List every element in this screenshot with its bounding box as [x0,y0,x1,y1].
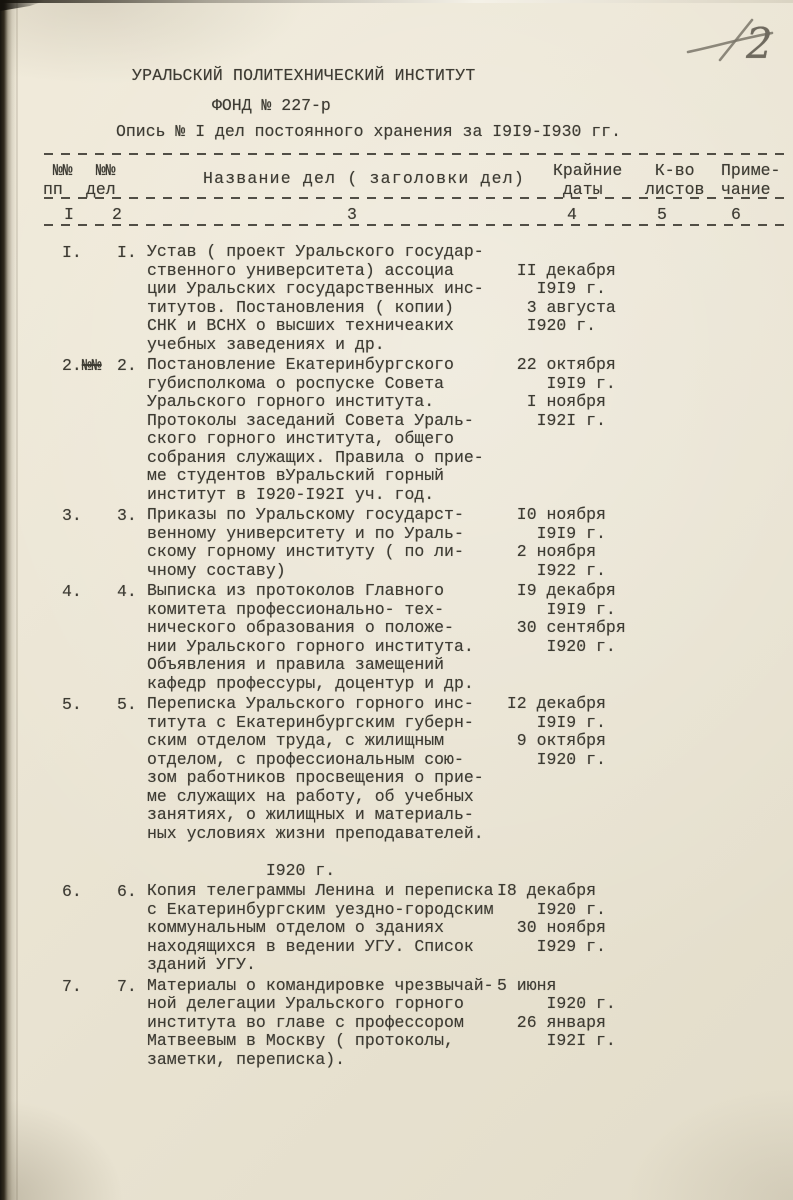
entry-num-del: 6. [117,882,137,901]
table-row: I.I.Устав ( проект Уральского государ-ст… [62,243,793,354]
entry-line: учебных заведениях и др. [147,336,793,355]
entry-date: I9I9 г. [497,601,616,620]
entry-text: ных условиях жизни преподавателей. [147,825,497,844]
entry-line: находящихся в ведении УГУ. Список I929 г… [147,938,793,957]
entry-text: Объявления и правила замещений [147,656,497,675]
entry-text: нии Уральского горного института. [147,638,497,657]
entry-line: нии Уральского горного института. I920 г… [147,638,793,657]
opis-title: Опись № I дел постоянного хранения за I9… [116,122,621,141]
scan-top-edge [0,0,793,3]
entry-text: Уральского горного института. [147,393,497,412]
table-row: 5.5.Переписка Уральского горного инс- I2… [62,695,793,880]
entry-text: ной делегации Уральского горного [147,995,497,1014]
entry-date: I929 г. [497,938,606,957]
entry-date: 3 августа [497,299,616,318]
paper-crease [16,0,18,1200]
entry-text: Протоколы заседаний Совета Ураль- [147,412,497,431]
entry-text: зом работников просвещения о прие- [147,769,497,788]
entry-num-del: I. [117,243,137,262]
column-number: 6 [731,205,741,224]
entry-date: I9I9 г. [497,280,606,299]
entry-text: Матвеевым в Москву ( протоколы, [147,1032,497,1051]
entry-text: губисполкома о роспуске Совета [147,375,497,394]
entry-lines: Выписка из протоколов Главного I9 декабр… [147,582,793,693]
dashed-rule-bottom [44,224,790,226]
table-row: 3.3.Приказы по Уральскому государст- I0 … [62,506,793,580]
page-number-text: 2 [745,19,773,68]
entry-text: ме служащих на работу, об учебных [147,788,497,807]
document-page: 2 УРАЛЬСКИЙ ПОЛИТЕХНИЧЕСКИЙ ИНСТИТУТ ФОН… [0,0,793,1200]
entry-lines: Материалы о командировке чрезвычай-5 июн… [147,977,793,1070]
entry-line: Материалы о командировке чрезвычай-5 июн… [147,977,793,996]
entry-line: Копия телеграммы Ленина и перепискаI8 де… [147,882,793,901]
entry-lines: Копия телеграммы Ленина и перепискаI8 де… [147,882,793,975]
column-number: 3 [347,205,357,224]
entry-num-del: 4. [117,582,137,601]
entry-text: ме студентов вУральский горный [147,467,497,486]
entry-date: I8 декабря [497,882,596,901]
entry-line: ме студентов вУральский горный [147,467,793,486]
entry-line: ственного университета) ассоциа II декаб… [147,262,793,281]
entry-date: 2 ноября [497,543,596,562]
entry-date: I920 г. [497,638,616,657]
entry-line: отделом, с профессиональным сою- I920 г. [147,751,793,770]
entry-line: венному университету и по Ураль- I9I9 г. [147,525,793,544]
entry-line: СНК и ВСНХ о высших техничеаких I920 г. [147,317,793,336]
column-number: 5 [657,205,667,224]
entry-line: нического образования о положе- 30 сентя… [147,619,793,638]
entry-num-pp: 7. [62,977,82,996]
entry-date: I920 г. [497,995,616,1014]
column-header-num-pp: №№ пп [43,161,73,199]
entry-line: заметки, переписка). [147,1051,793,1070]
entry-text: институт в I920-I92I уч. год. [147,486,497,505]
entry-text: находящихся в ведении УГУ. Список [147,938,497,957]
dashed-rule-top [44,153,790,155]
entry-line: Матвеевым в Москву ( протоколы, I92I г. [147,1032,793,1051]
entry-text: ции Уральских государственных инс- [147,280,497,299]
entry-text: Постановление Екатеринбургского [147,356,497,375]
entry-num-pp: 3. [62,506,82,525]
entry-line: Протоколы заседаний Совета Ураль- I92I г… [147,412,793,431]
entry-line: титута с Екатеринбургским губерн- I9I9 г… [147,714,793,733]
entry-text: института во главе с профессором [147,1014,497,1033]
entry-line: скому горному институту ( по ли- 2 ноябр… [147,543,793,562]
column-number: 4 [567,205,577,224]
entry-date: I9I9 г. [497,714,606,733]
entry-line: кафедр профессуры, доцентур и др. [147,675,793,694]
entry-text: СНК и ВСНХ о высших техничеаких [147,317,497,336]
table-row: 6.6.Копия телеграммы Ленина и перепискаI… [62,882,793,975]
entry-line: Объявления и правила замещений [147,656,793,675]
entry-line: с Екатеринбургским уездно-городским I920… [147,901,793,920]
entry-line: ных условиях жизни преподавателей. [147,825,793,844]
column-header-notes: Приме- чание [721,161,780,199]
entry-text: Выписка из протоколов Главного [147,582,497,601]
scan-corner-mark [0,0,48,11]
entry-line: Приказы по Уральскому государст- I0 нояб… [147,506,793,525]
column-header-dates: Крайние даты [553,161,622,199]
entry-text: I920 г. [147,862,497,881]
scan-left-edge [0,0,17,1200]
entry-text: венному университету и по Ураль- [147,525,497,544]
entry-line: зданий УГУ. [147,956,793,975]
struck-numbers: №№ [82,356,102,375]
entry-text: с Екатеринбургским уездно-городским [147,901,497,920]
entry-line: Выписка из протоколов Главного I9 декабр… [147,582,793,601]
entry-date: 9 октября [497,732,606,751]
entry-text: Материалы о командировке чрезвычай- [147,977,497,996]
entry-line: ским отделом труда, с жилищным 9 октября [147,732,793,751]
entry-text: Копия телеграммы Ленина и переписка [147,882,497,901]
entry-num-del: 3. [117,506,137,525]
entry-text: коммунальным отделом о зданиях [147,919,497,938]
entry-date: I ноября [497,393,606,412]
entry-text: титутов. Постановления ( копии) [147,299,497,318]
entry-line: коммунальным отделом о зданиях 30 ноября [147,919,793,938]
entry-num-del: 7. [117,977,137,996]
column-header-sheets: К-во листов [645,161,704,199]
table-row: 2.№№2.Постановление Екатеринбургского 22… [62,356,793,504]
entry-text [147,843,497,862]
entry-num-del: 5. [117,695,137,714]
entry-line: I920 г. [147,862,793,881]
entry-date: 5 июня [497,977,556,996]
entry-line: собрания служащих. Правила о прие- [147,449,793,468]
entry-date: 30 ноября [497,919,606,938]
table-row: 7.7.Материалы о командировке чрезвычай-5… [62,977,793,1070]
entry-line: ме служащих на работу, об учебных [147,788,793,807]
entry-line: Переписка Уральского горного инс- I2 дек… [147,695,793,714]
entry-text: скому горному институту ( по ли- [147,543,497,562]
entry-num-del: 2. [117,356,137,375]
entry-text: учебных заведениях и др. [147,336,497,355]
entry-line: ского горного института, общего [147,430,793,449]
column-number: 2 [112,205,122,224]
entry-line: комитета профессионально- тех- I9I9 г. [147,601,793,620]
column-header-num-del: №№ дел [86,161,116,199]
entry-date: II декабря [497,262,616,281]
entry-lines: Постановление Екатеринбургского 22 октяб… [147,356,793,504]
table-row: 4.4.Выписка из протоколов Главного I9 де… [62,582,793,693]
entry-text: Приказы по Уральскому государст- [147,506,497,525]
entry-text: отделом, с профессиональным сою- [147,751,497,770]
entry-line: Уральского горного института. I ноября [147,393,793,412]
entry-line: Постановление Екатеринбургского 22 октяб… [147,356,793,375]
entry-date: I9 декабря [497,582,616,601]
entry-lines: Устав ( проект Уральского государ-ственн… [147,243,793,354]
entry-date: I92I г. [497,412,606,431]
entry-date: I9I9 г. [497,525,606,544]
entry-date: I0 ноября [497,506,606,525]
entry-line: Устав ( проект Уральского государ- [147,243,793,262]
entry-text: Переписка Уральского горного инс- [147,695,497,714]
entry-line: титутов. Постановления ( копии) 3 август… [147,299,793,318]
entry-date: I92I г. [497,1032,616,1051]
entry-num-pp: 6. [62,882,82,901]
column-header-title: Название дел ( заголовки дел) [203,169,525,188]
entry-lines: Приказы по Уральскому государст- I0 нояб… [147,506,793,580]
entry-line: ции Уральских государственных инс- I9I9 … [147,280,793,299]
entry-date: I920 г. [497,901,606,920]
entry-num-pp: 4. [62,582,82,601]
entry-date: 26 января [497,1014,606,1033]
entry-date: 30 сентября [497,619,626,638]
entry-text: комитета профессионально- тех- [147,601,497,620]
entry-date: I2 декабря [497,695,606,714]
entry-line [147,843,793,862]
entry-text: собрания служащих. Правила о прие- [147,449,497,468]
entry-line: занятиях, о жилищных и материаль- [147,806,793,825]
entry-date: I922 г. [497,562,606,581]
entry-text: ского горного института, общего [147,430,497,449]
entry-text: ским отделом труда, с жилищным [147,732,497,751]
column-number: I [64,205,74,224]
entry-text: чному составу) [147,562,497,581]
entry-line: чному составу) I922 г. [147,562,793,581]
entry-lines: Переписка Уральского горного инс- I2 дек… [147,695,793,880]
entry-text: зданий УГУ. [147,956,497,975]
entry-text: нического образования о положе- [147,619,497,638]
fond-number: ФОНД № 227-р [212,96,331,115]
handwritten-page-number: 2 [672,8,784,80]
entry-text: заметки, переписка). [147,1051,497,1070]
entry-text: Устав ( проект Уральского государ- [147,243,497,262]
entry-date: I920 г. [497,317,596,336]
entry-text: занятиях, о жилищных и материаль- [147,806,497,825]
entry-line: институт в I920-I92I уч. год. [147,486,793,505]
entry-num-pp: I. [62,243,82,262]
entry-num-pp: 5. [62,695,82,714]
entries-list: I.I.Устав ( проект Уральского государ-ст… [62,243,793,1071]
entry-date: 22 октября [497,356,616,375]
entry-text: титута с Екатеринбургским губерн- [147,714,497,733]
entry-line: зом работников просвещения о прие- [147,769,793,788]
entry-date: I9I9 г. [497,375,616,394]
entry-text: ственного университета) ассоциа [147,262,497,281]
institute-title: УРАЛЬСКИЙ ПОЛИТЕХНИЧЕСКИЙ ИНСТИТУТ [132,66,475,85]
entry-text: кафедр профессуры, доцентур и др. [147,675,497,694]
entry-line: губисполкома о роспуске Совета I9I9 г. [147,375,793,394]
entry-num-pp: 2.№№ [62,356,102,375]
entry-line: ной делегации Уральского горного I920 г. [147,995,793,1014]
entry-date: I920 г. [497,751,606,770]
entry-line: института во главе с профессором 26 янва… [147,1014,793,1033]
